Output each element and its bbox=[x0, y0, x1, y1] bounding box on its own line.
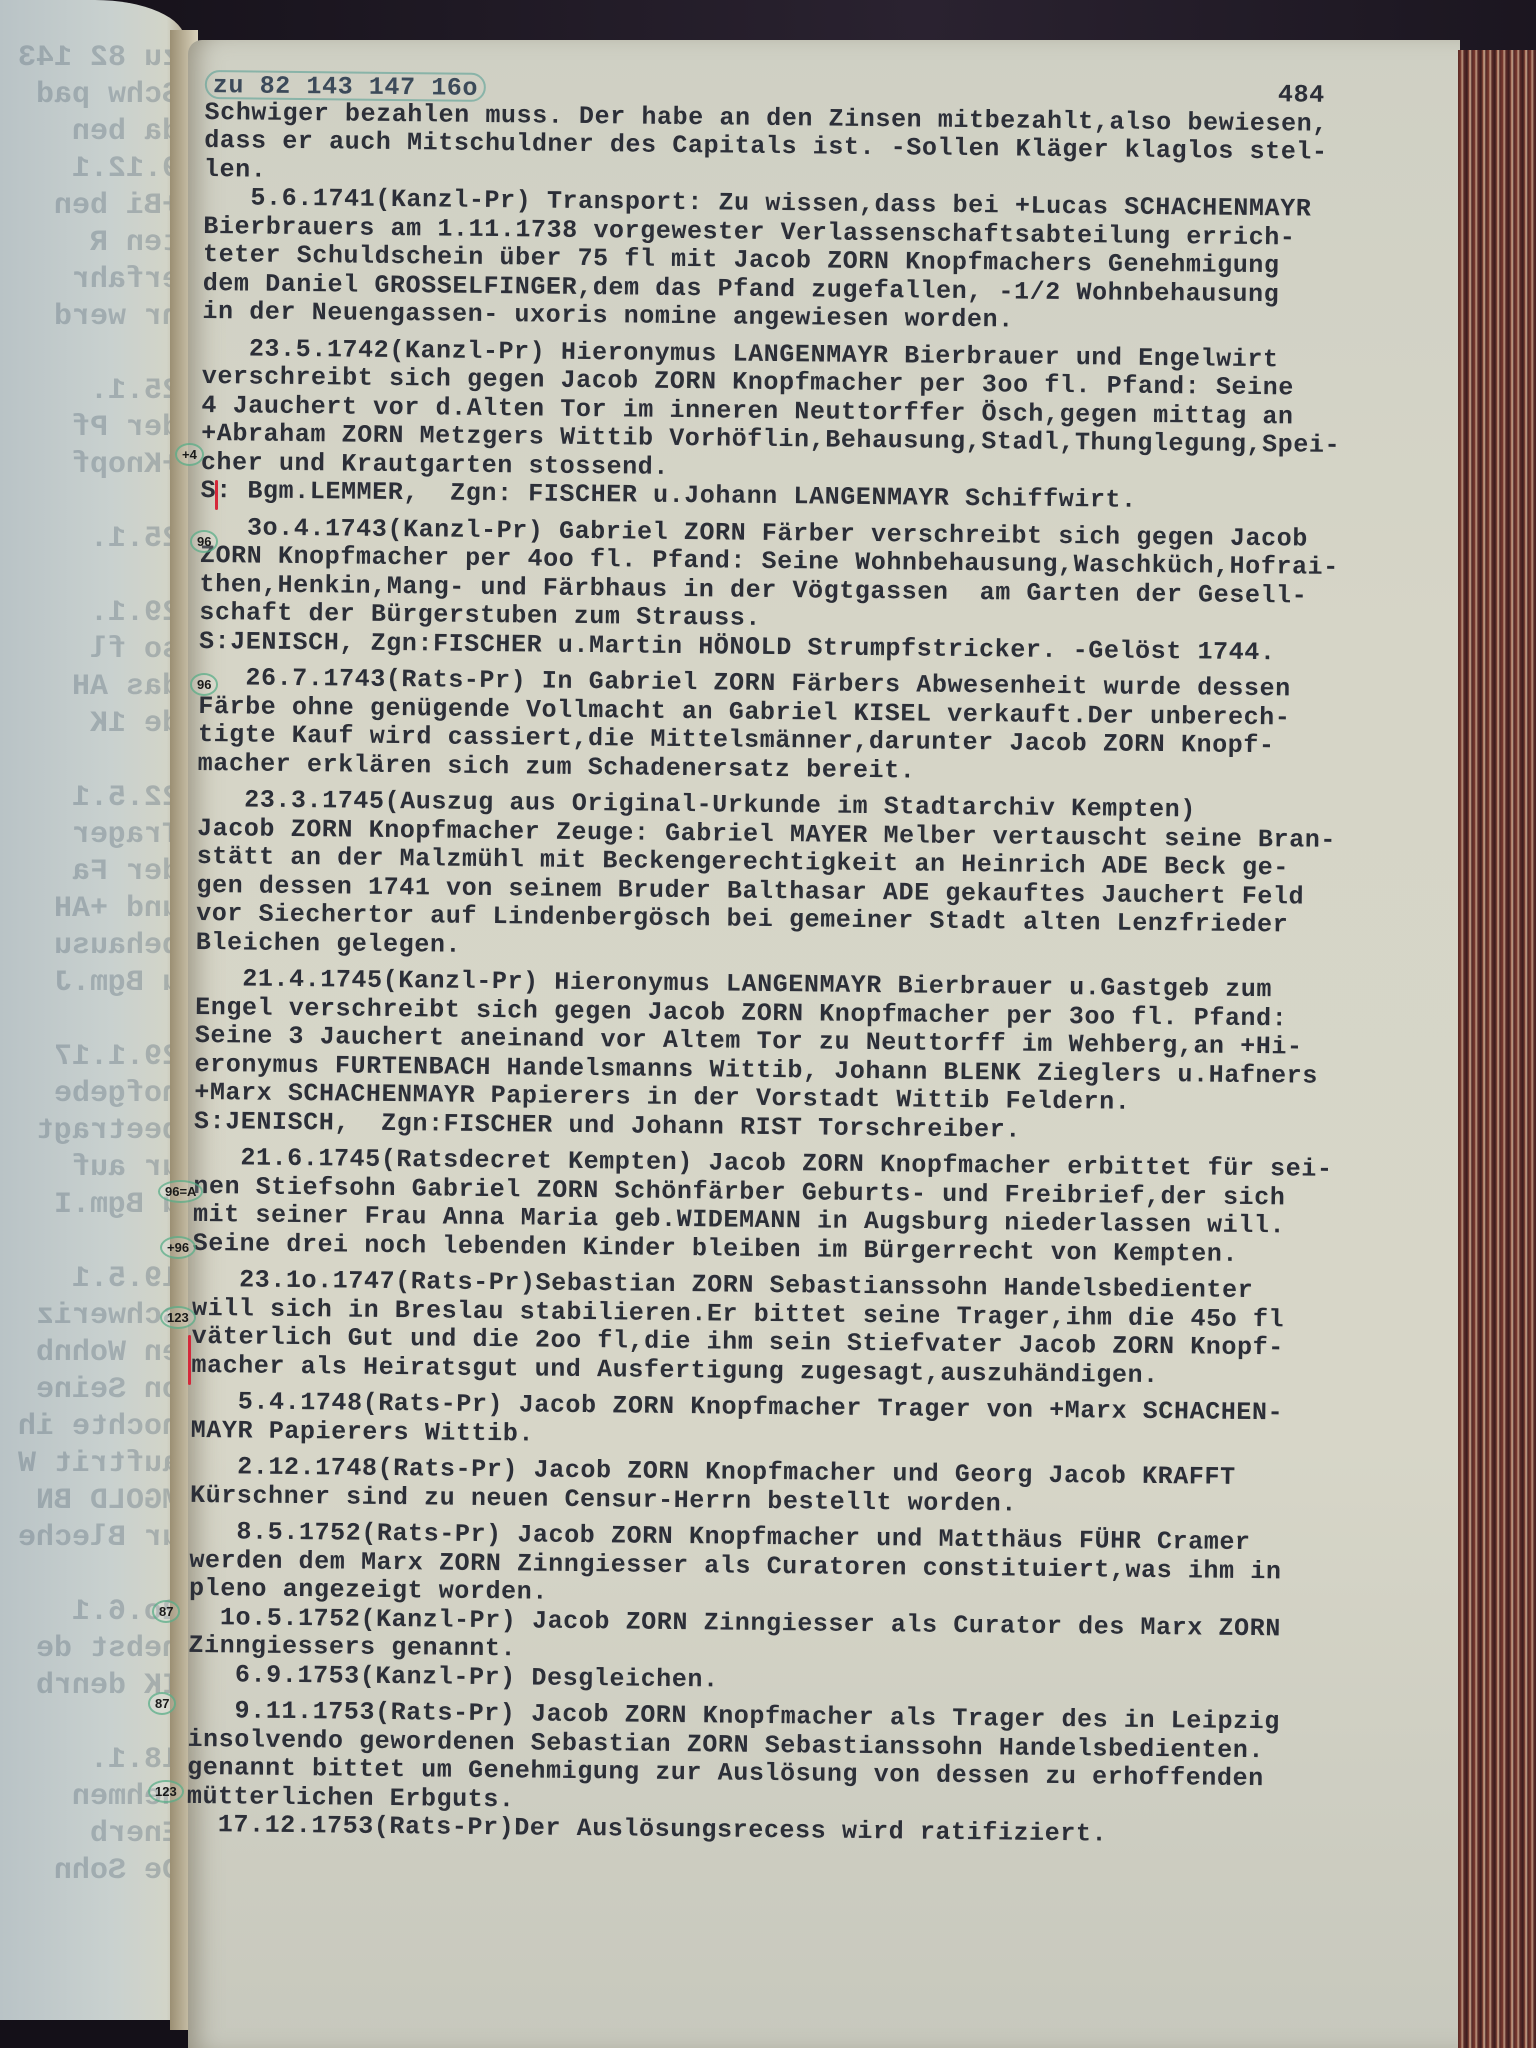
margin-note: 123 bbox=[148, 1780, 184, 1803]
margin-note: 123 bbox=[160, 1306, 196, 1329]
text-lines: Schwiger bezahlen muss. Der habe an den … bbox=[186, 98, 1464, 1852]
page-edges bbox=[1458, 50, 1536, 2048]
page-number: 484 bbox=[1278, 81, 1325, 110]
margin-note: +4 bbox=[175, 443, 204, 466]
cross-references: zu 82 143 147 16o bbox=[205, 70, 487, 101]
margin-note: +96 bbox=[160, 1236, 196, 1259]
left-page: zu 82 143 Schw pad da ben 9.12.1 +Bi ben… bbox=[0, 0, 185, 2020]
red-mark bbox=[188, 1335, 191, 1385]
margin-note: 96=A bbox=[158, 1180, 203, 1203]
typewritten-text: zu 82 143 147 16o 484 Schwiger bezahlen … bbox=[186, 70, 1464, 1853]
red-mark bbox=[215, 480, 218, 510]
